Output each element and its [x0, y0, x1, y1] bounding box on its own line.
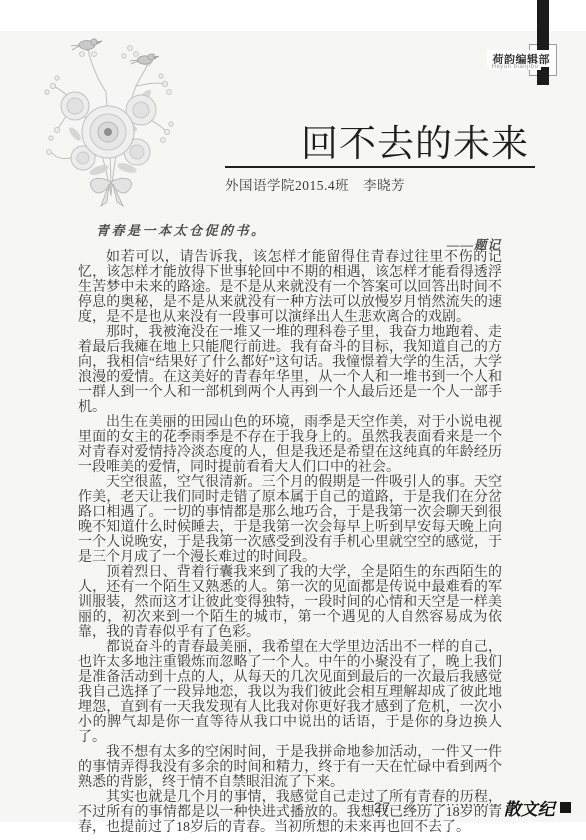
paragraph: 顶着烈日、背着行囊我来到了我的大学，全是陌生的东西陌生的人，还有一个陌生又熟悉的…	[78, 565, 502, 640]
page-number: 27	[374, 800, 391, 815]
dotted-leader: ····················	[416, 797, 503, 813]
footer-section-marker: 《 ···················· 散文纪	[401, 798, 571, 816]
section-name: 散文纪	[504, 795, 555, 820]
editorial-badge-subtitle: Heyun bianjibu	[489, 64, 541, 70]
badge-black-bar	[537, 0, 549, 85]
paragraph: 出生在美丽的田园山色的环境，雨季是天空作美，对于小说电视里面的女主的花季雨季是不…	[78, 415, 502, 475]
bird-icon	[71, 39, 102, 50]
bouquet-illustration	[35, 30, 187, 212]
guillemet-icon: 《	[401, 797, 415, 817]
end-square-icon	[560, 802, 571, 813]
paragraph: 天空很蓝，空气很清新。三个月的假期是一件吸引人的事。天空作美，老天让我们同时走错…	[78, 475, 502, 565]
title-underline	[225, 166, 535, 168]
paragraph: 如若可以，请告诉我，该怎样才能留得住青春过往里不伤的记忆，该怎样才能放得下世事轮…	[78, 250, 502, 325]
article-body: 如若可以，请告诉我，该怎样才能留得住青春过往里不伤的记忆，该怎样才能放得下世事轮…	[78, 250, 502, 835]
paragraph: 都说奋斗的青春最美丽，我希望在大学里边活出不一样的自己，也许太多地注重锻炼而忽略…	[78, 640, 502, 745]
article-title: 回不去的未来	[301, 125, 529, 165]
article-byline: 外国语学院2015.4班 李晓芳	[225, 174, 405, 194]
paragraph: 那时，我被淹没在一堆又一堆的理科卷子里，我奋力地跑着、走着最后我瘫在地上只能爬行…	[78, 325, 502, 415]
paragraph: 我不想有太多的空闲时间，于是我拼命地参加活动，一件又一件的事情弄得我没有多余的时…	[78, 745, 502, 790]
